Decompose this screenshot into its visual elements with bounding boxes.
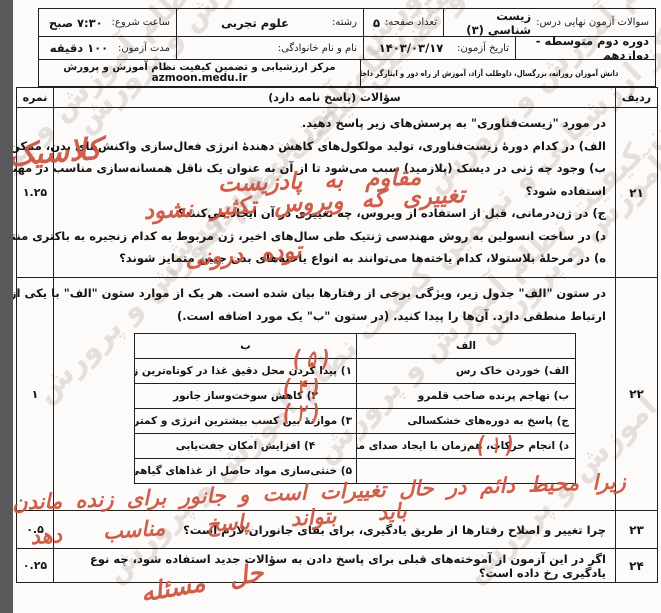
matching-table: الف ب الف) خوردن خاک رس ۱) پیدا کردن محل… (134, 333, 576, 484)
question-line: ه) در مرحلهٔ بلاستولا، کدام یاخته‌ها می‌… (58, 247, 606, 270)
exam-header-table: سوالات آزمون نهایی درس: زیست شناسی (۳) ت… (38, 8, 656, 87)
column-a-item: الف) خوردن خاک رس (357, 359, 576, 384)
exam-date-value: ۱۴۰۳/۰۳/۱۷ (370, 41, 452, 55)
major-cell: رشته: علوم تجربی (176, 9, 363, 36)
column-b-item: ۳) موازنهٔ بین کسب بیشترین انرژی و کمتری… (135, 409, 357, 434)
scanned-exam-page: مرکز ارزشیابی و تضمین کیفیت نظام آموزش و… (0, 0, 661, 613)
pages-label: تعداد صفحه: (385, 17, 437, 28)
score-column-header: نمره (17, 88, 54, 108)
column-a-item: ج) پاسخ به دوره‌های خشکسالی (357, 409, 576, 434)
major-value: علوم تجربی (183, 16, 327, 30)
handwritten-match-answer-2: ( ۴ ) (283, 378, 320, 401)
duration-cell: مدت آزمون: ۱۰۰ دقیقه (39, 37, 176, 59)
table-row: ب) تهاجم پرنده صاحب قلمرو ۲) کاهش سوخت‌و… (135, 384, 576, 409)
assessment-center-cell: مرکز ارزشیابی و تضمین کیفیت نظام آموزش و… (39, 60, 360, 86)
handwritten-match-answer-4: ( ۱ ) (477, 435, 514, 458)
pages-cell: تعداد صفحه: ۵ (363, 9, 443, 36)
question-number: ۲۴ (616, 549, 658, 583)
handwritten-match-answer-3: ( ۲ ) (283, 403, 320, 426)
handwritten-match-answer-1: ( ۵ ) (293, 349, 330, 372)
audience-text: دانش آموزان روزانه، بزرگسال، داوطلب آزاد… (360, 69, 618, 78)
handwritten-answer-q21a: کلاسیک (7, 135, 102, 171)
question-text-cell: اگر در این آزمون از آموخته‌های قبلی برای… (54, 549, 616, 583)
start-time-cell: ساعت شروع: ۷:۳۰ صبح (39, 9, 176, 36)
question-number: ۲۳ (616, 511, 658, 549)
question-line: الف) در کدام دورهٔ زیست‌فناوری، تولید مو… (58, 135, 606, 158)
duration-value: ۱۰۰ دقیقه (45, 41, 113, 55)
grade-value: دوره دوم متوسطه - دوازدهم (522, 37, 649, 59)
question-row-24: ۲۴ اگر در این آزمون از آموخته‌های قبلی ب… (17, 549, 658, 583)
column-a-item: ب) تهاجم پرنده صاحب قلمرو (357, 384, 576, 409)
grade-cell: دوره دوم متوسطه - دوازدهم (515, 37, 655, 59)
start-time-label: ساعت شروع: (112, 17, 170, 28)
question-line: در مورد "زیست‌فناوری" به پرسش‌های زیر پا… (58, 112, 606, 135)
exam-date-cell: تاریخ آزمون: ۱۴۰۳/۰۳/۱۷ (363, 37, 515, 59)
question-score: ۰.۲۵ (17, 549, 54, 583)
scan-edge-strip (0, 0, 13, 613)
assessment-center-site: azmoon.medu.ir (152, 73, 248, 84)
row-number-column-header: ردیف (616, 88, 658, 108)
major-label: رشته: (332, 17, 357, 28)
pages-value: ۵ (373, 16, 380, 30)
question-score: ۱.۲۵ (17, 108, 54, 278)
question-line: ارتباط منطقی دارد. آن‌ها را پیدا کنید. (… (58, 305, 606, 328)
student-name-label: نام و نام خانوادگی: (278, 43, 357, 54)
course-label: سوالات آزمون نهایی درس: (536, 17, 649, 28)
header-row-3: دانش آموزان روزانه، بزرگسال، داوطلب آزاد… (39, 59, 655, 86)
header-row-1: سوالات آزمون نهایی درس: زیست شناسی (۳) ت… (39, 9, 655, 36)
table-row: الف) خوردن خاک رس ۱) پیدا کردن محل دقیق … (135, 359, 576, 384)
header-row-2: دوره دوم متوسطه - دوازدهم تاریخ آزمون: ۱… (39, 36, 655, 59)
question-line: در ستون "الف" جدول زیر، ویژگی برخی از رف… (58, 282, 606, 305)
questions-header-row: ردیف سؤالات (پاسخ نامه دارد) نمره (17, 88, 658, 108)
audience-cell: دانش آموزان روزانه، بزرگسال، داوطلب آزاد… (360, 60, 655, 86)
table-row: ج) پاسخ به دوره‌های خشکسالی ۳) موازنهٔ ب… (135, 409, 576, 434)
column-b-item: ۴) افزایش امکان جفت‌یابی (135, 434, 357, 459)
question-number: ۲۱ (616, 108, 658, 278)
column-a-header: الف (357, 334, 576, 359)
matching-table-header: الف ب (135, 334, 576, 359)
question-line-part: د) در ساخت انسولین به روش مهندسی ژنتیک ط… (0, 229, 606, 243)
column-a-item: د) انجام حرکات، هم‌زمان با ایجاد صدای مت… (357, 434, 576, 459)
exam-date-label: تاریخ آزمون: (457, 43, 509, 54)
start-time-value: ۷:۳۰ صبح (45, 16, 107, 30)
student-name-cell: نام و نام خانوادگی: (176, 37, 363, 59)
duration-label: مدت آزمون: (118, 43, 170, 54)
questions-column-header: سؤالات (پاسخ نامه دارد) (54, 88, 616, 108)
course-value: زیست شناسی (۳) (450, 9, 531, 36)
question-line: د) در ساخت انسولین به روش مهندسی ژنتیک ط… (58, 225, 606, 248)
question-score: ۱ (17, 278, 54, 511)
column-b-item: ۲) کاهش سوخت‌وساز جانور (135, 384, 357, 409)
course-cell: سوالات آزمون نهایی درس: زیست شناسی (۳) (443, 9, 655, 36)
